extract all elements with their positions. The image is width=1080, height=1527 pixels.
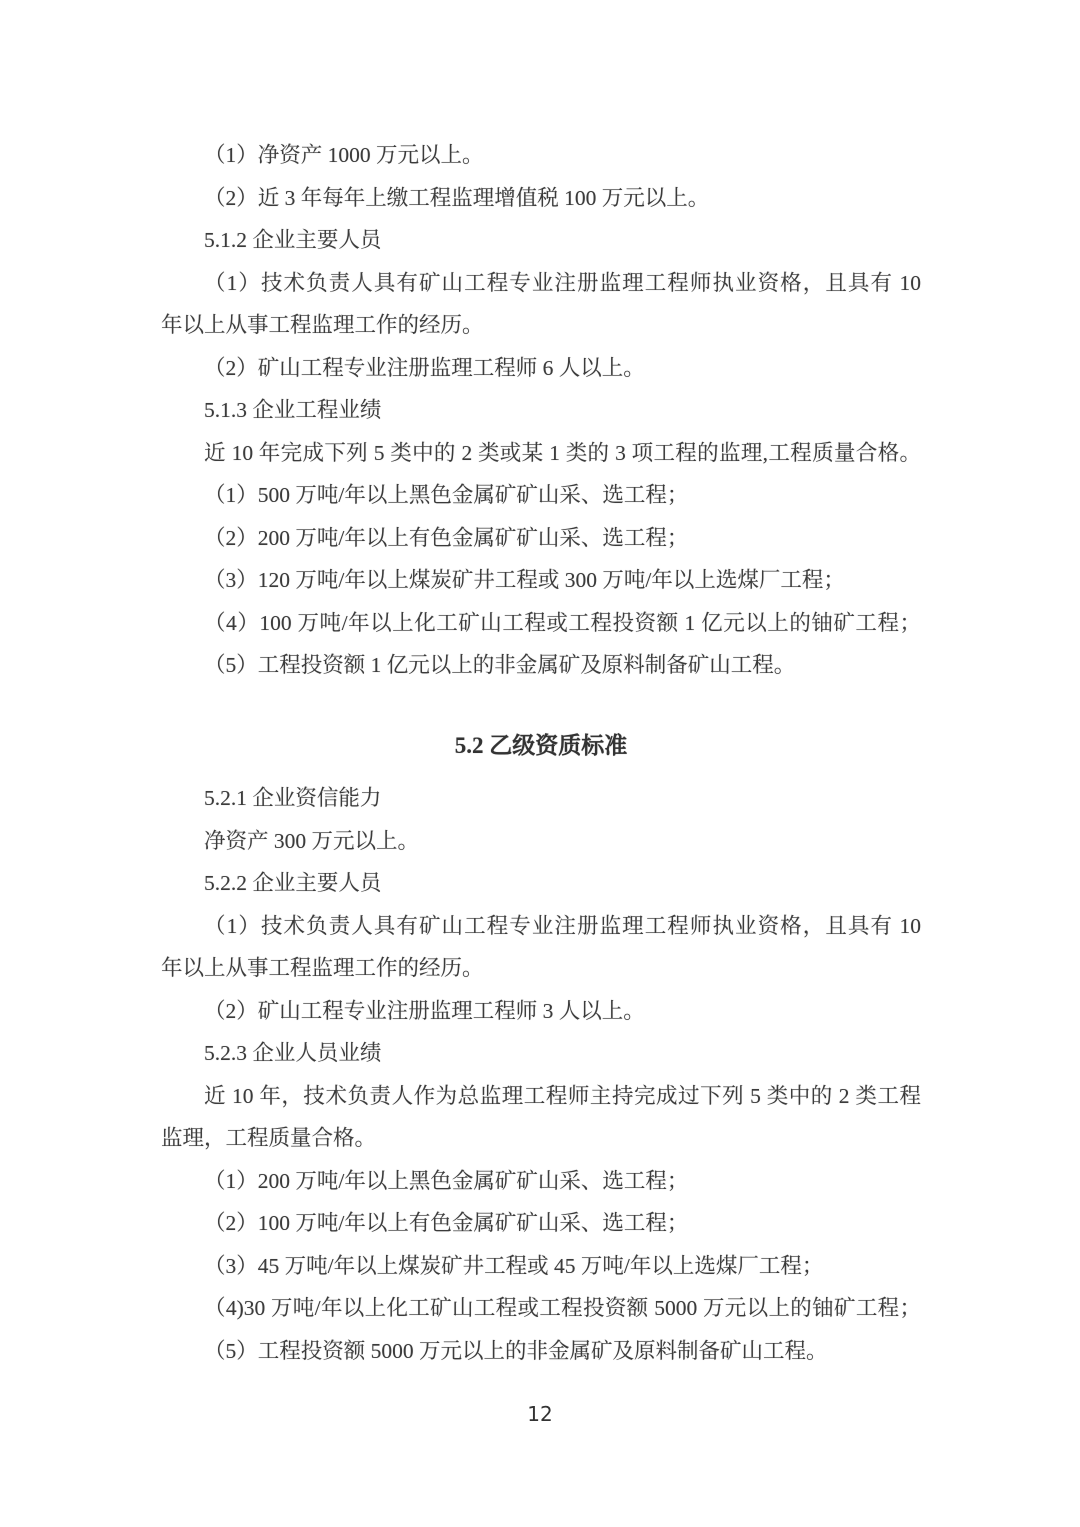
text-line: （3）45 万吨/年以上煤炭矿井工程或 45 万吨/年以上选煤厂工程； — [161, 1245, 921, 1288]
text-line: （2）100 万吨/年以上有色金属矿矿山采、选工程； — [161, 1202, 921, 1245]
text-line: （2）近 3 年每年上缴工程监理增值税 100 万元以上。 — [161, 177, 921, 220]
section-5-1-lines: （1）净资产 1000 万元以上。（2）近 3 年每年上缴工程监理增值税 100… — [161, 134, 921, 687]
text-line: 净资产 300 万元以上。 — [161, 820, 921, 863]
text-block: （1）净资产 1000 万元以上。（2）近 3 年每年上缴工程监理增值税 100… — [161, 134, 921, 1372]
text-line: （2）矿山工程专业注册监理工程师 6 人以上。 — [161, 347, 921, 390]
text-line: （5）工程投资额 5000 万元以上的非金属矿及原料制备矿山工程。 — [161, 1330, 921, 1373]
text-line: 近 10 年完成下列 5 类中的 2 类或某 1 类的 3 项工程的监理,工程质… — [161, 432, 921, 475]
text-line: （4）100 万吨/年以上化工矿山工程或工程投资额 1 亿元以上的铀矿工程； — [161, 602, 921, 645]
text-line: （1）技术负责人具有矿山工程专业注册监理工程师执业资格，且具有 10 — [161, 905, 921, 948]
text-line: 近 10 年，技术负责人作为总监理工程师主持完成过下列 5 类中的 2 类工程 — [161, 1075, 921, 1118]
text-line: （1）500 万吨/年以上黑色金属矿矿山采、选工程； — [161, 474, 921, 517]
text-line: （1）技术负责人具有矿山工程专业注册监理工程师执业资格，且具有 10 — [161, 262, 921, 305]
text-line: （4)30 万吨/年以上化工矿山工程或工程投资额 5000 万元以上的铀矿工程； — [161, 1287, 921, 1330]
page-number: 12 — [0, 1402, 1080, 1426]
text-line: （2）200 万吨/年以上有色金属矿矿山采、选工程； — [161, 517, 921, 560]
text-line: （1）200 万吨/年以上黑色金属矿矿山采、选工程； — [161, 1160, 921, 1203]
text-line: 5.1.3 企业工程业绩 — [161, 389, 921, 432]
document-page: （1）净资产 1000 万元以上。（2）近 3 年每年上缴工程监理增值税 100… — [0, 0, 1080, 1527]
text-line: 5.1.2 企业主要人员 — [161, 219, 921, 262]
text-line: （5）工程投资额 1 亿元以上的非金属矿及原料制备矿山工程。 — [161, 644, 921, 687]
text-line: 年以上从事工程监理工作的经历。 — [161, 304, 921, 347]
text-line: 5.2.3 企业人员业绩 — [161, 1032, 921, 1075]
text-line: （3）120 万吨/年以上煤炭矿井工程或 300 万吨/年以上选煤厂工程； — [161, 559, 921, 602]
text-line: 5.2.1 企业资信能力 — [161, 777, 921, 820]
text-line: 监理，工程质量合格。 — [161, 1117, 921, 1160]
text-line: 年以上从事工程监理工作的经历。 — [161, 947, 921, 990]
text-line: （1）净资产 1000 万元以上。 — [161, 134, 921, 177]
text-line: （2）矿山工程专业注册监理工程师 3 人以上。 — [161, 990, 921, 1033]
text-line: 5.2.2 企业主要人员 — [161, 862, 921, 905]
section-heading: 5.2 乙级资质标准 — [161, 725, 921, 768]
section-5-2-lines: 5.2.1 企业资信能力净资产 300 万元以上。5.2.2 企业主要人员（1）… — [161, 777, 921, 1372]
